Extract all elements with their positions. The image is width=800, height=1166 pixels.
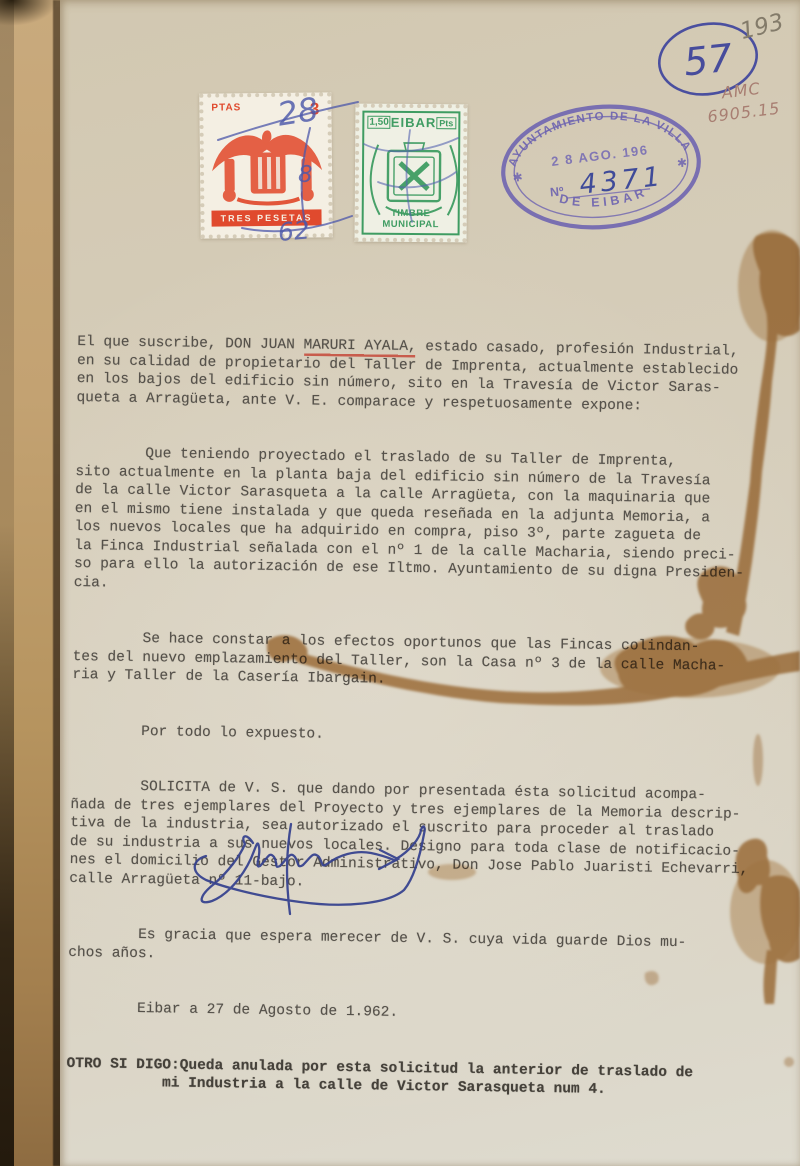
paragraph-closing: Es gracia que espera merecer de V. S. cu… [68,925,780,973]
fiscal-stamp-green-print: 1,50 EIBAR Pts TIMBRE MUNICIPAL [362,111,461,236]
applicant-name-underlined: MARURI AYALA, [303,337,416,355]
archive-code: AMC 6905.15 [704,76,782,129]
oval-stamp-star-left: ✱ [512,170,523,185]
corner-shadow [0,0,58,26]
oval-stamp-number-label: Nº [549,184,564,199]
place-and-date: Eibar a 27 de Agosto de 1.962. [67,999,779,1028]
binding-shadow [0,0,14,1166]
page-number-text: 57 [682,36,735,85]
fiscal-stamp-red-print: PTAS 3 TRES PESETAS [205,98,326,232]
p1-lead: El que suscribe, DON JUAN [77,334,303,353]
paragraph-adjoining-properties: Se hace constar a los efectos oportunos … [72,629,785,695]
paragraph-solicita: SOLICITA de V. S. que dando por presenta… [69,777,783,899]
otrosi-addendum: OTRO SI DIGO:Queda anulada por esta soli… [66,1054,778,1102]
paragraph-introduction: El que suscribe, DON JUAN MARURI AYALA, … [76,333,789,418]
stamp-red-denomination: TRES PESETAS [211,209,321,226]
stamp-red-currency: PTAS [211,102,241,113]
paragraph-por-todo: Por todo lo expuesto. [71,721,783,750]
fiscal-stamp-green: 1,50 EIBAR Pts TIMBRE MUNICIPAL [355,104,468,243]
stamp-green-city: EIBAR [391,115,437,130]
typed-letter-body: El que suscribe, DON JUAN MARURI AYALA, … [66,296,790,1139]
paragraph-request-details: Que teniendo proyectado el traslado de s… [74,444,788,603]
stamp-green-currency: Pts [436,117,456,129]
stamp-green-denomination: TIMBRE MUNICIPAL [364,208,458,231]
eagle-emblem [206,114,329,207]
fiscal-stamp-red: PTAS 3 TRES PESETAS [199,92,333,238]
scanned-document-page: 57 193 AMC 6905.15 PTAS 3 [0,0,800,1166]
stamp-green-value: 1,50 [367,116,391,129]
